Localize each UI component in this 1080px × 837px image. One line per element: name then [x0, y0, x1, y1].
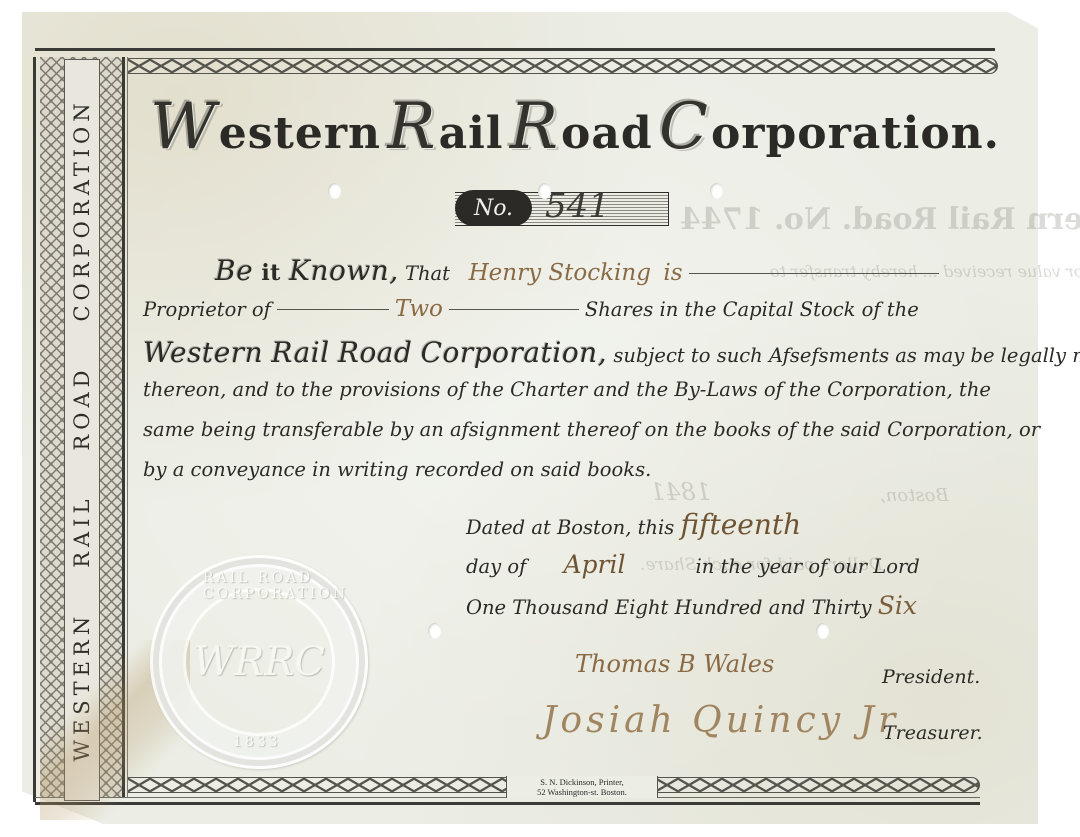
certificate-title: Western Rail Road Corporation.	[150, 82, 1000, 172]
printer-line-2: 52 Washington-st. Boston.	[507, 787, 657, 797]
embossed-seal: RAIL ROAD CORPORATION WRRC 1833	[150, 555, 368, 769]
side-border-rule	[122, 57, 125, 797]
body-line-3: Western Rail Road Corporation, subject t…	[143, 336, 1080, 369]
shares-text: Shares in the Capital Stock of the	[585, 298, 919, 321]
frame-top-rule	[35, 48, 995, 51]
gothic-road: Road	[338, 336, 413, 369]
top-lattice-border	[128, 58, 998, 74]
dated-day: fifteenth	[680, 508, 801, 541]
president-signature: Thomas B Wales	[575, 650, 774, 678]
holder-name: Henry Stocking	[469, 260, 651, 286]
blank-rule	[449, 308, 579, 310]
body-line-4: thereon, and to the provisions of the Ch…	[143, 378, 991, 401]
seal-year: 1833	[233, 734, 281, 750]
certificate-number-value: 541	[545, 186, 645, 226]
gothic-known: Known,	[289, 254, 399, 287]
dated-month: April	[563, 550, 625, 579]
day-of-line: day of April in the year of our Lord	[466, 550, 920, 579]
day-of-text: day of	[466, 555, 526, 578]
shares-count: Two	[395, 296, 443, 322]
title-word: Road	[510, 90, 653, 164]
cancel-punch-hole	[428, 623, 441, 639]
blank-rule	[277, 308, 389, 310]
frame-bottom-rule	[35, 802, 980, 805]
title-word: Corporation.	[659, 90, 1000, 164]
side-word: CORPORATION	[70, 98, 94, 321]
title-word: Western	[150, 90, 381, 164]
seal-top-text: RAIL ROAD CORPORATION	[203, 570, 365, 602]
cancel-punch-hole	[538, 183, 551, 199]
frame-left-rule	[33, 57, 36, 802]
year-suffix: Six	[878, 591, 917, 620]
cancel-punch-hole	[710, 183, 723, 199]
body-line-1: Be it Known, That Henry Stocking is	[215, 254, 945, 287]
seal-monogram: WRRC	[193, 639, 325, 685]
gothic-be: Be	[215, 254, 253, 287]
printer-imprint: S. N. Dickinson, Printer, 52 Washington-…	[506, 776, 658, 798]
treasurer-signature: Josiah Quincy Jr	[542, 700, 899, 741]
cancel-punch-hole	[328, 183, 341, 199]
assessments-text: subject to such Afsefsments as may be le…	[613, 344, 1080, 367]
is-text: is	[663, 260, 682, 286]
body-line-5: same being transferable by an afsignment…	[143, 418, 1040, 441]
president-title: President.	[882, 666, 980, 688]
side-word: RAIL	[70, 495, 94, 568]
that-text: That	[405, 262, 450, 285]
side-border-rule-thin	[127, 57, 128, 797]
treasurer-title: Treasurer.	[883, 722, 983, 744]
gothic-western: Western	[143, 336, 263, 369]
certificate-number-label: No.	[455, 190, 532, 226]
proprietor-of-text: Proprietor of	[143, 298, 271, 321]
dated-prefix: Dated at Boston, this	[466, 516, 674, 539]
gothic-it: it	[261, 260, 281, 286]
side-word: WESTERN	[70, 612, 94, 762]
cancel-punch-hole	[816, 623, 829, 639]
body-line-6: by a conveyance in writing recorded on s…	[143, 458, 651, 481]
dated-line: Dated at Boston, this fifteenth	[466, 508, 801, 541]
gothic-rail: Rail	[271, 336, 329, 369]
gothic-corporation: Corporation,	[421, 336, 608, 369]
year-of-lord-text: in the year of our Lord	[695, 555, 919, 578]
side-border-label: WESTERN RAIL ROAD CORPORATION	[64, 59, 100, 801]
side-word: ROAD	[70, 366, 94, 451]
blank-rule	[689, 272, 939, 274]
body-line-2: Proprietor of Two Shares in the Capital …	[143, 296, 919, 322]
year-line: One Thousand Eight Hundred and Thirty Si…	[466, 591, 917, 620]
title-word: Rail	[387, 90, 503, 164]
year-prefix: One Thousand Eight Hundred and Thirty	[466, 596, 872, 619]
printer-line-1: S. N. Dickinson, Printer,	[507, 777, 657, 787]
